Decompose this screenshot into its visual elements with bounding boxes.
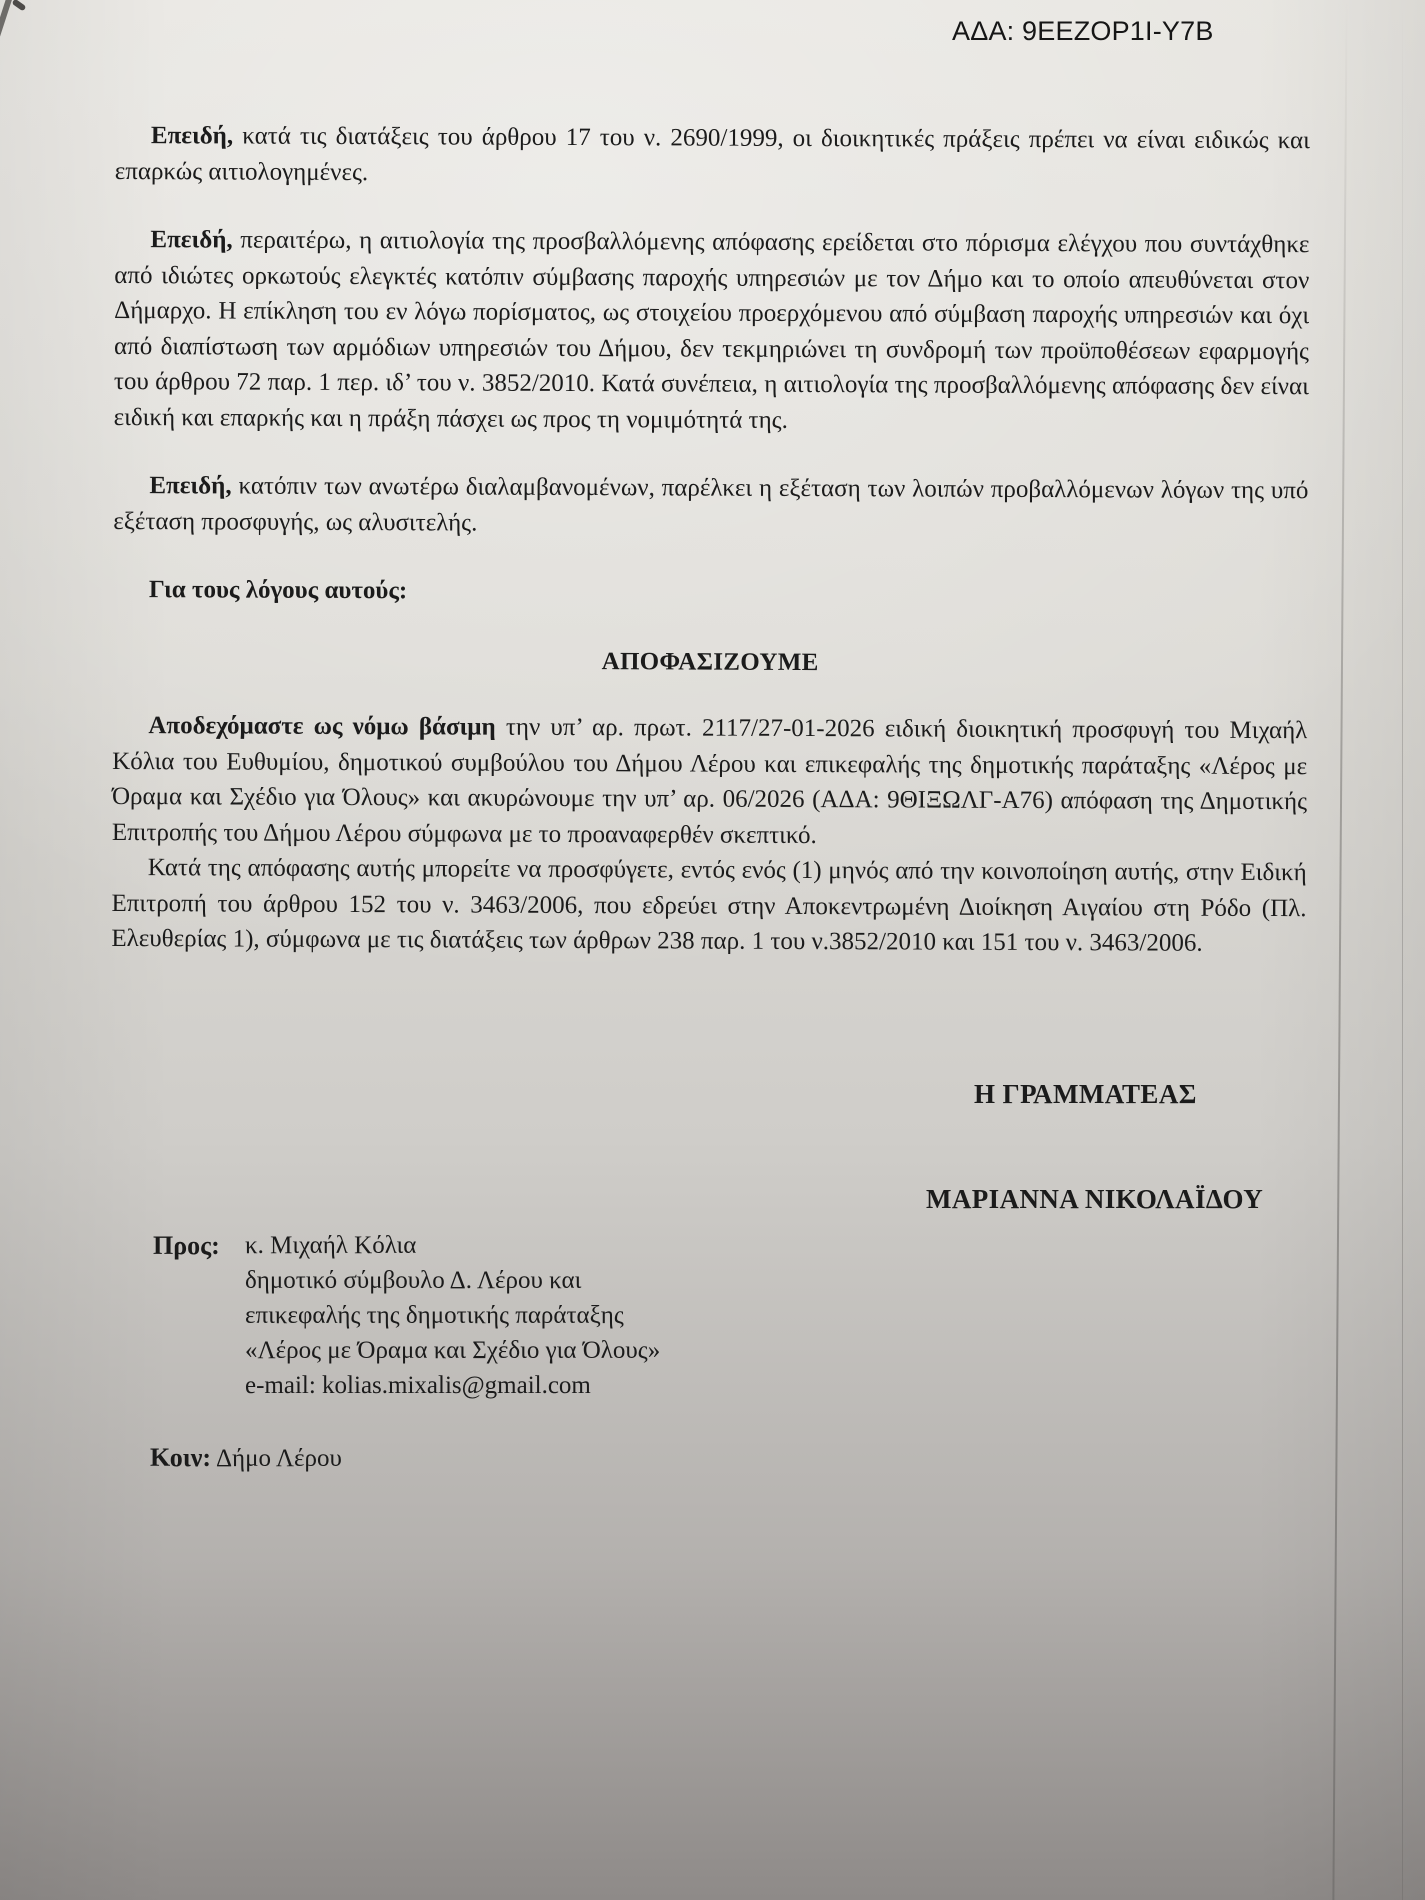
recipient-line: κ. Μιχαήλ Κόλια xyxy=(245,1228,660,1263)
decision-lead: Αποδεχόμαστε ως νόμω βάσιμη xyxy=(148,712,495,741)
recipients-block: Προς: κ. Μιχαήλ Κόλια δημοτικό σύμβουλο … xyxy=(153,1228,660,1403)
paragraph-lead: Επειδή, xyxy=(150,226,232,253)
signatory-name: ΜΑΡΙΑΝΝΑ ΝΙΚΟΛΑΪΔΟΥ xyxy=(926,1184,1263,1215)
recipient-line: επικεφαλής της δημοτικής παράταξης xyxy=(245,1298,660,1333)
page-edge xyxy=(1332,0,1347,1900)
cc-label: Κοιν: xyxy=(150,1443,211,1472)
paperclip-tip xyxy=(12,0,27,11)
paragraph-lead: Επειδή, xyxy=(151,122,233,149)
recipient-line: δημοτικό σύμβουλο Δ. Λέρου και xyxy=(245,1263,660,1298)
reasons-heading: Για τους λόγους αυτούς: xyxy=(149,572,1308,613)
reasoning-paragraph: Επειδή, κατόπιν των ανωτέρω διαλαμβανομέ… xyxy=(113,468,1308,544)
recipient-line: «Λέρος με Όραμα και Σχέδιο για Όλους» xyxy=(245,1333,660,1368)
page-edge xyxy=(1402,0,1403,1900)
paragraph-text: κατόπιν των ανωτέρω διαλαμβανομένων, παρ… xyxy=(113,473,1315,537)
cc-block: Κοιν: Δήμο Λέρου xyxy=(150,1443,342,1473)
reasoning-paragraph: Επειδή, περαιτέρω, η αιτιολογία της προσ… xyxy=(114,222,1310,440)
recipient-email: e-mail: kolias.mixalis@gmail.com xyxy=(245,1368,660,1403)
cc-value: Δήμο Λέρου xyxy=(216,1445,342,1472)
document-body: Επειδή, κατά τις διατάξεις του άρθρου 17… xyxy=(111,118,1310,962)
ada-identifier: ΑΔΑ: 9ΕΕΖΟΡ1Ι-Υ7Β xyxy=(952,16,1214,47)
reasoning-paragraph: Επειδή, κατά τις διατάξεις του άρθρου 17… xyxy=(115,118,1310,194)
appeal-notice: Κατά της απόφασης αυτής μπορείτε να προσ… xyxy=(111,850,1306,962)
paragraph-text: περαιτέρω, η αιτιολογία της προσβαλλόμεν… xyxy=(114,227,1316,434)
paragraph-text: κατά τις διατάξεις του άρθρου 17 του ν. … xyxy=(115,123,1317,186)
decision-paragraph: Αποδεχόμαστε ως νόμω βάσιμη την υπ’ αρ. … xyxy=(112,708,1308,855)
to-label: Προς: xyxy=(153,1228,245,1403)
paragraph-lead: Επειδή, xyxy=(149,472,231,499)
paperclip-icon xyxy=(0,0,14,69)
decision-heading: ΑΠΟΦΑΣΙΖΟΥΜΕ xyxy=(113,641,1308,682)
to-address: κ. Μιχαήλ Κόλια δημοτικό σύμβουλο Δ. Λέρ… xyxy=(245,1228,660,1403)
signatory-title: Η ΓΡΑΜΜΑΤΕΑΣ xyxy=(974,1079,1197,1110)
